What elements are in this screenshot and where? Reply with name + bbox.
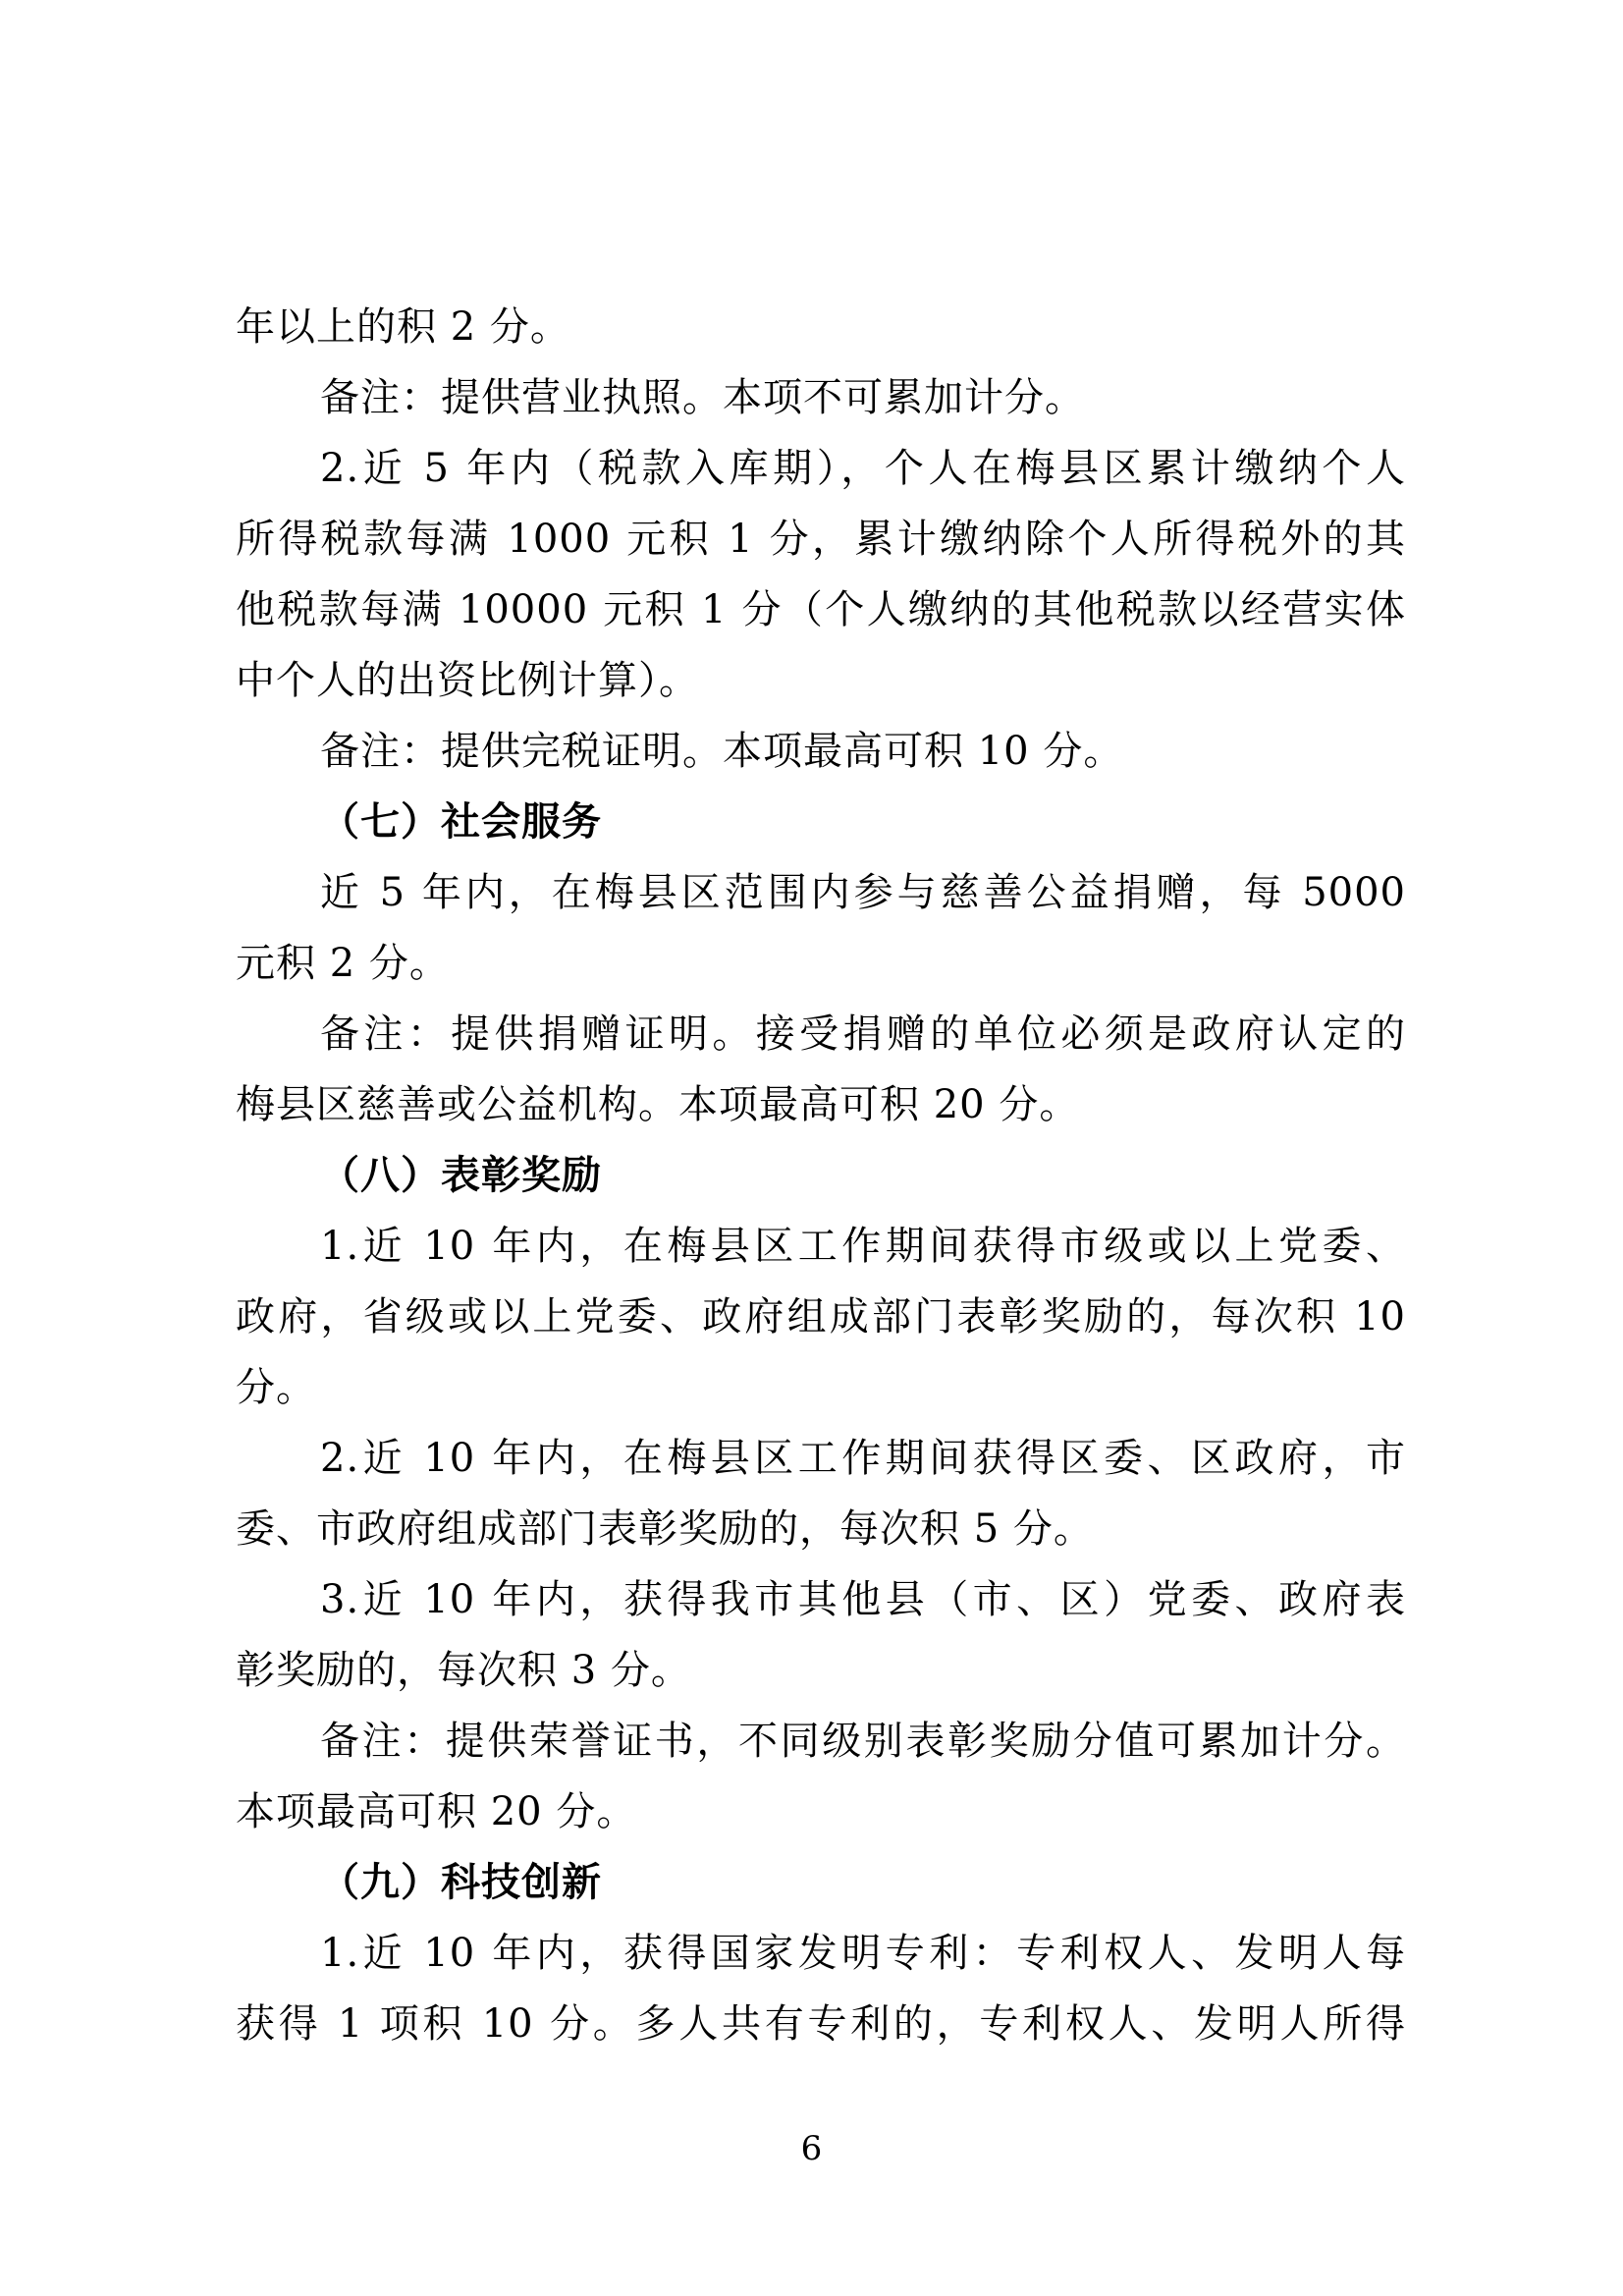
text-line: 备注：提供完税证明。本项最高可积 10 分。 [236, 716, 1406, 787]
text-line: 所得税款每满 1000 元积 1 分，累计缴纳除个人所得税外的其 [236, 504, 1406, 574]
text-line: 备注：提供营业执照。本项不可累加计分。 [236, 362, 1406, 433]
text-line: 梅县区慈善或公益机构。本项最高可积 20 分。 [236, 1069, 1406, 1140]
text-line: 委、市政府组成部门表彰奖励的，每次积 5 分。 [236, 1494, 1406, 1564]
text-line: 1.近 10 年内，获得国家发明专利：专利权人、发明人每 [236, 1918, 1406, 1989]
document-page: 年以上的积 2 分。备注：提供营业执照。本项不可累加计分。2.近 5 年内（税款… [0, 0, 1623, 2296]
text-line: 政府，省级或以上党委、政府组成部门表彰奖励的，每次积 10 [236, 1282, 1406, 1352]
text-line: 中个人的出资比例计算）。 [236, 645, 1406, 716]
text-line: 备注：提供捐赠证明。接受捐赠的单位必须是政府认定的 [236, 999, 1406, 1069]
text-line: 获得 1 项积 10 分。多人共有专利的，专利权人、发明人所得 [236, 1989, 1406, 2059]
page-number: 6 [0, 2127, 1623, 2170]
text-line: （七）社会服务 [236, 787, 1406, 857]
text-line: 近 5 年内，在梅县区范围内参与慈善公益捐赠，每 5000 [236, 857, 1406, 928]
text-line: 3.近 10 年内，获得我市其他县（市、区）党委、政府表 [236, 1564, 1406, 1635]
document-body: 年以上的积 2 分。备注：提供营业执照。本项不可累加计分。2.近 5 年内（税款… [236, 292, 1406, 2059]
text-line: 2.近 10 年内，在梅县区工作期间获得区委、区政府，市 [236, 1423, 1406, 1494]
text-line: 元积 2 分。 [236, 928, 1406, 999]
text-line: 年以上的积 2 分。 [236, 292, 1406, 362]
text-line: 备注：提供荣誉证书，不同级别表彰奖励分值可累加计分。 [236, 1706, 1406, 1777]
text-line: 2.近 5 年内（税款入库期），个人在梅县区累计缴纳个人 [236, 433, 1406, 504]
text-line: 1.近 10 年内，在梅县区工作期间获得市级或以上党委、 [236, 1211, 1406, 1282]
text-line: 本项最高可积 20 分。 [236, 1777, 1406, 1847]
text-line: 分。 [236, 1352, 1406, 1423]
text-line: 彰奖励的，每次积 3 分。 [236, 1635, 1406, 1706]
text-line: （八）表彰奖励 [236, 1140, 1406, 1211]
text-line: 他税款每满 10000 元积 1 分（个人缴纳的其他税款以经营实体 [236, 574, 1406, 645]
text-line: （九）科技创新 [236, 1847, 1406, 1918]
